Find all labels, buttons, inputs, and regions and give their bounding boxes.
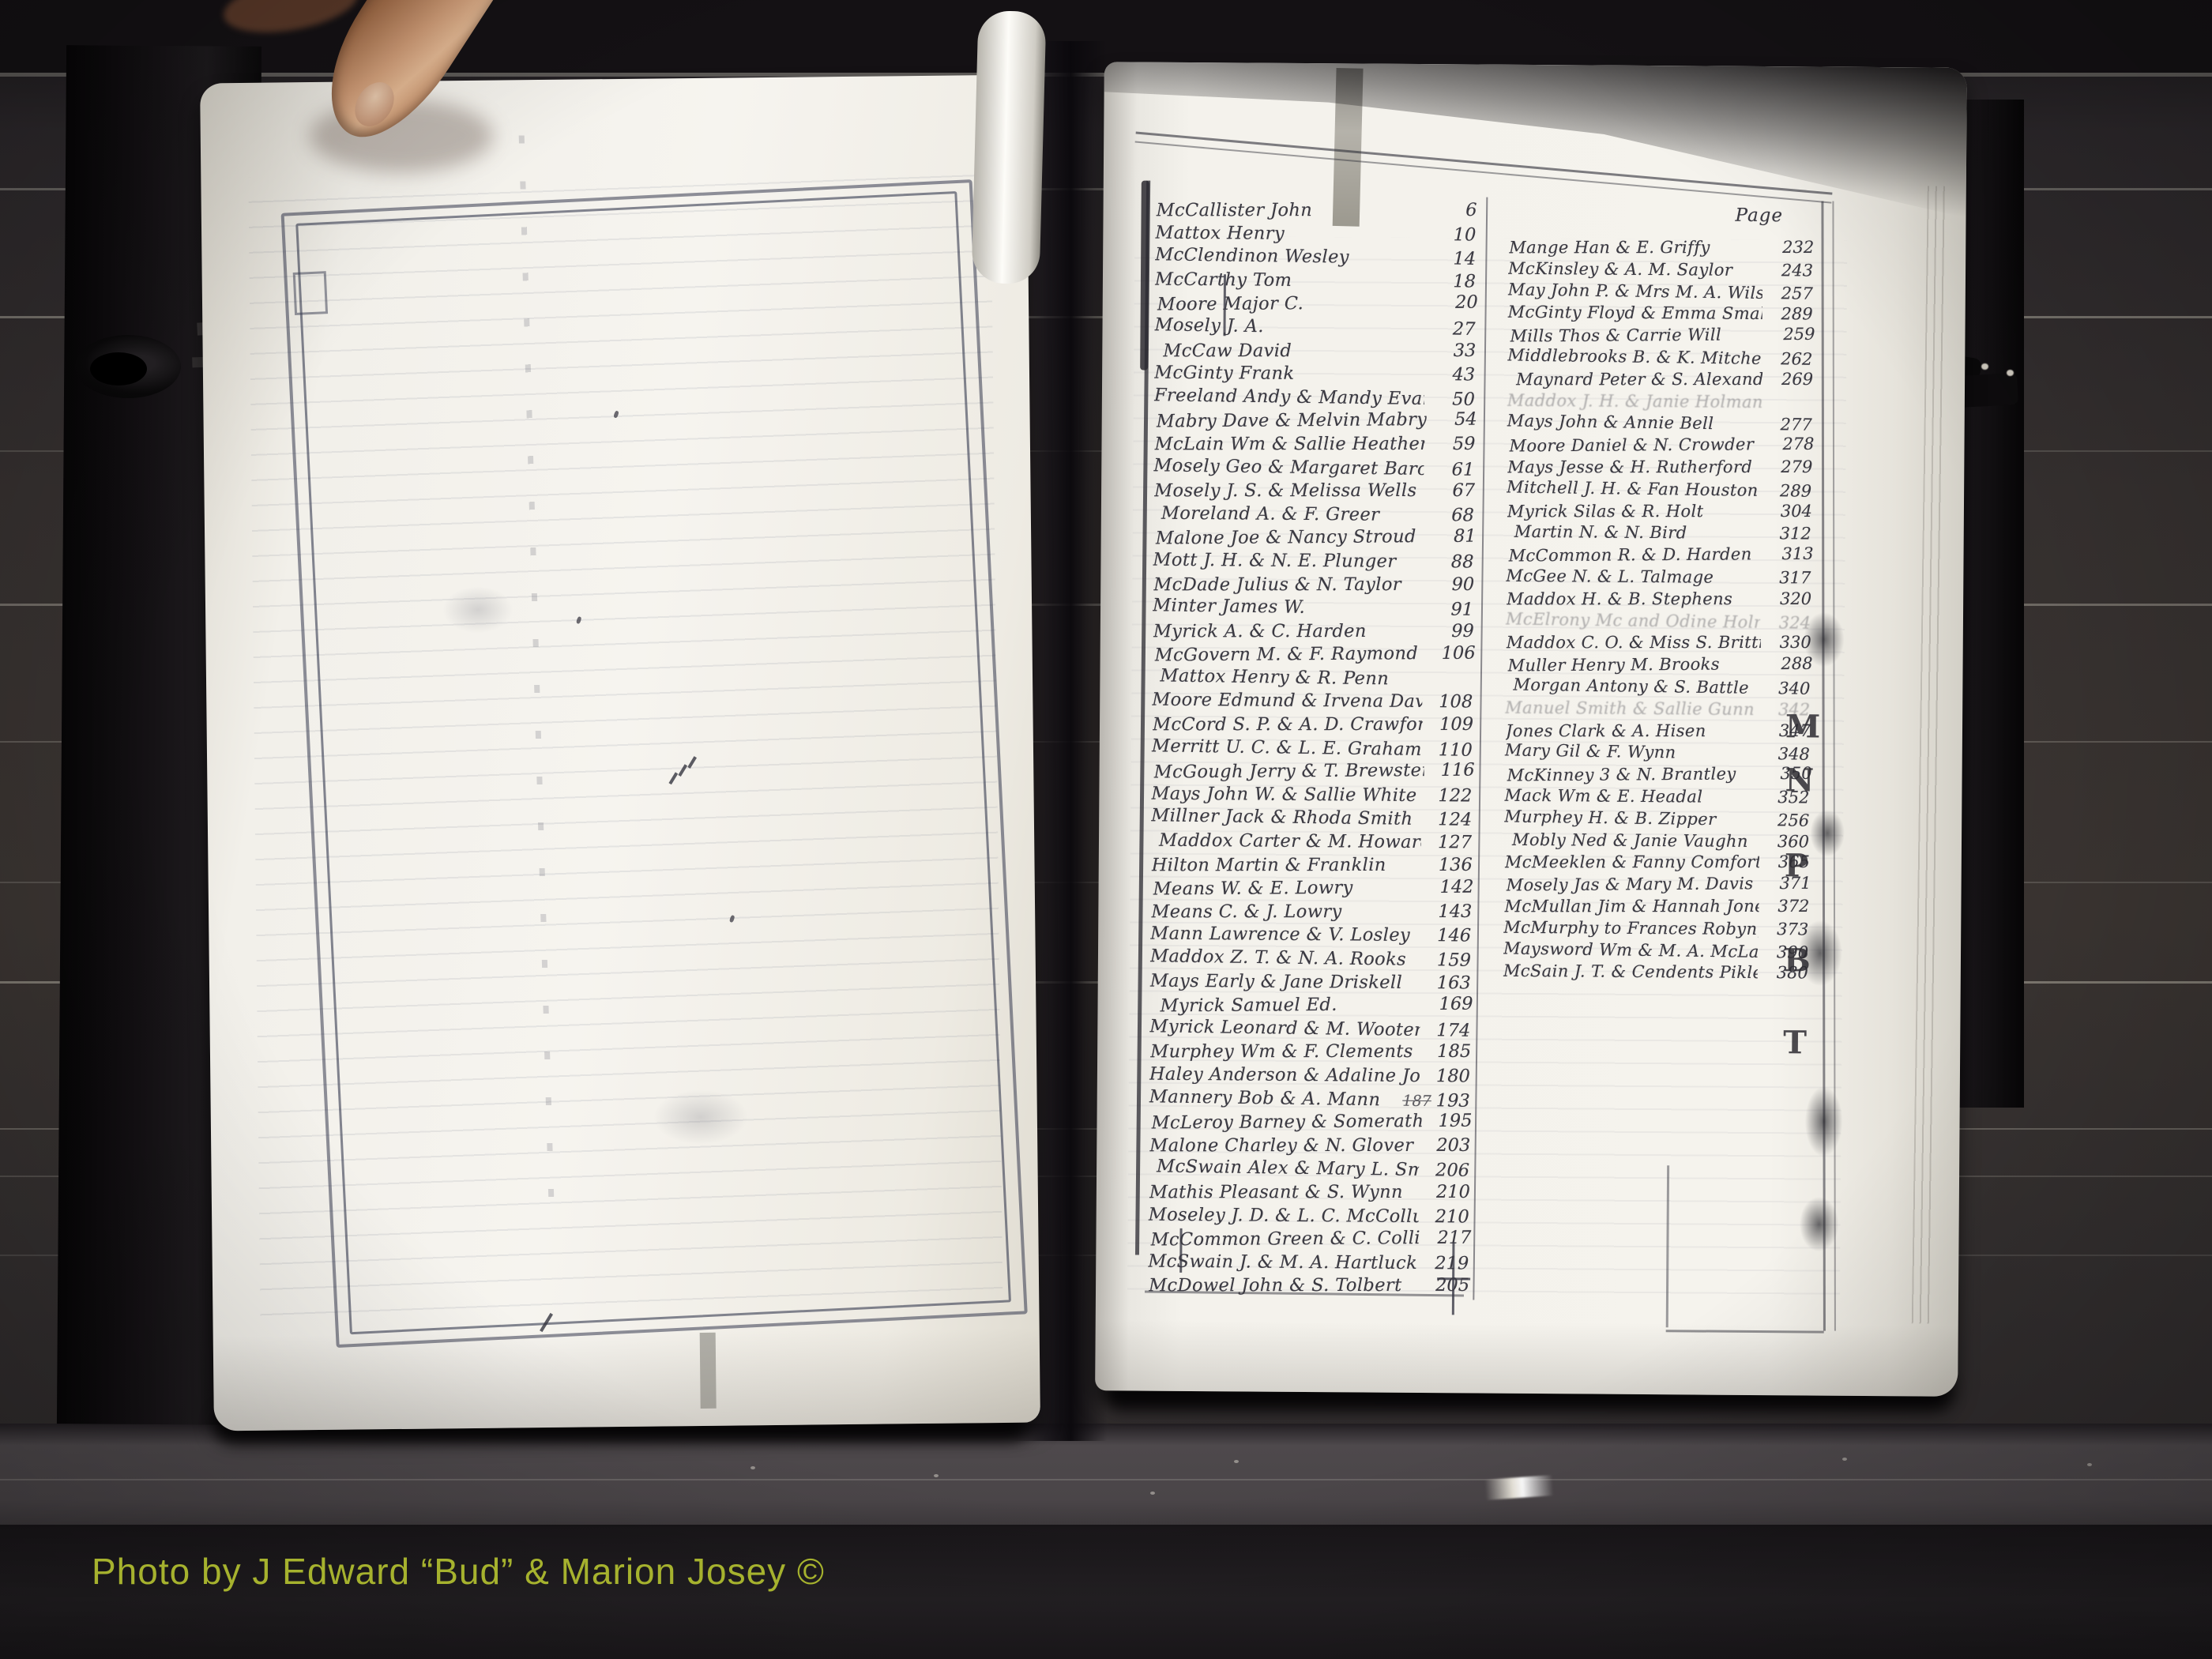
index-entry: Murphey H. & B. Zipper256 — [1504, 807, 1814, 833]
entry-name: Moore Major C. — [1157, 293, 1428, 315]
cradle-front — [0, 1527, 2212, 1659]
entry-page-number: 124 — [1421, 809, 1477, 830]
entry-name: McElrony Mc and Odine Holmes — [1506, 609, 1760, 631]
edge-tab-letter: P — [1785, 847, 1808, 884]
index-entry: McCommon Green & C. Collier217 — [1150, 1228, 1476, 1253]
entry-name: Mays John W. & Sallie White — [1151, 783, 1421, 805]
shelf-speck — [934, 1474, 939, 1477]
index-entry: Mobly Ned & Janie Vaughn360 — [1504, 829, 1814, 854]
entry-page-number: 210 — [1420, 1182, 1475, 1202]
index-entry: Maysword Wm & M. A. McLark390 — [1503, 939, 1813, 965]
index-entry: McGinty Floyd & Emma Small289 — [1508, 303, 1818, 327]
index-entry: Maddox Carter & M. Howard127 — [1151, 830, 1477, 856]
entry-page-number: 50 — [1424, 389, 1480, 410]
index-entry: McMeeklen & Fanny Comfort365 — [1505, 852, 1815, 875]
struck-page-number: 187 — [1402, 1091, 1431, 1110]
entry-name: Means W. & E. Lowry — [1153, 877, 1423, 899]
index-entry: Mott J. H. & N. E. Plunger88 — [1153, 550, 1478, 575]
index-entry: Mitchell J. H. & Fan Houston289 — [1507, 477, 1816, 503]
entry-name: McCord S. P. & A. D. Crawford — [1153, 714, 1423, 735]
watermark-text: Photo by J Edward “Bud” & Marion Josey © — [92, 1550, 825, 1593]
border-corner-box — [293, 271, 328, 315]
entry-name: Mabry Dave & Melvin Mabry — [1157, 409, 1427, 431]
clamp-knob-hole — [90, 352, 147, 386]
index-entry: McMurphy to Frances Robynglus373 — [1503, 917, 1813, 942]
index-entry: Mattox Henry & R. Penn — [1152, 665, 1477, 693]
index-entry: Maddox Z. T. & N. A. Rooks159 — [1150, 946, 1476, 973]
index-entry: Mays John & Annie Bell277 — [1507, 412, 1817, 438]
entry-page-number: 127 — [1421, 832, 1477, 852]
entry-name: McCommon Green & C. Collier — [1150, 1228, 1420, 1250]
page-column-header: Page — [1735, 205, 1783, 226]
entry-name: Mitchell J. H. & Fan Houston — [1507, 477, 1761, 499]
shelf-speck — [750, 1466, 755, 1469]
entry-name: Moreland A. & F. Greer — [1153, 502, 1424, 525]
entry-name: Myrick Samuel Ed. — [1152, 994, 1422, 1016]
entry-name: McLain Wm & Sallie Heathern — [1154, 434, 1424, 454]
index-entry: Murphey Wm & F. Clements185 — [1150, 1041, 1476, 1065]
index-entry: McCarthy Tom18 — [1155, 269, 1480, 294]
index-entry: Malone Joe & Nancy Stroud81 — [1156, 526, 1481, 551]
photostat-frame-corner — [1666, 1165, 1674, 1327]
entry-name: McGinty Frank — [1154, 363, 1424, 385]
entry-page-number: 116 — [1424, 760, 1480, 781]
entry-name: Myrick Leonard & M. Wooten — [1149, 1016, 1420, 1040]
index-entry: Mosely Geo & Margaret Barcelona61 — [1153, 455, 1479, 483]
entry-page-number: 185 — [1420, 1041, 1476, 1062]
entry-name: Maddox H. & B. Stephens — [1507, 589, 1761, 608]
entry-name: May John P. & Mrs M. A. Wilson — [1508, 280, 1762, 302]
tab-blotch — [1804, 611, 1845, 667]
index-entry: Maddox H. & B. Stephens320 — [1507, 589, 1816, 611]
entry-page-number: 187193 — [1402, 1089, 1475, 1111]
entry-page-number: 54 — [1427, 409, 1482, 430]
index-entry: McKinney 3 & N. Brantley350 — [1507, 764, 1816, 788]
index-entry: Mary Gil & F. Wynn348 — [1505, 741, 1815, 767]
entry-name: Murphey Wm & F. Clements — [1150, 1041, 1420, 1062]
entry-name: Jones Clark & A. Hisen — [1506, 721, 1760, 740]
right-page: Page McCallister John6Mattox Henry10McCl… — [1095, 62, 1967, 1397]
index-entry: Muller Henry M. Brooks288 — [1507, 654, 1817, 679]
entry-name: Myrick Silas & R. Holt — [1507, 502, 1762, 521]
entry-name: McMeeklen & Fanny Comfort — [1505, 852, 1759, 871]
entry-name: Moseley J. D. & L. C. McCollum — [1149, 1204, 1419, 1226]
entry-page-number: 27 — [1424, 318, 1480, 340]
entry-name: Myrick A. & C. Harden — [1153, 621, 1424, 641]
photo-scene: Page McCallister John6Mattox Henry10McCl… — [0, 0, 2212, 1659]
entry-name: McGovern M. & F. Raymond — [1155, 643, 1425, 665]
entry-page-number: 174 — [1420, 1020, 1475, 1041]
index-entry: McSain J. T. & Cendents Piklet380 — [1503, 961, 1813, 986]
entry-name: Hilton Martin & Franklin — [1152, 855, 1422, 875]
index-column-left: McCallister John6Mattox Henry10McClendin… — [1148, 199, 1481, 1300]
entry-name: Mathis Pleasant & S. Wynn — [1149, 1182, 1420, 1202]
entry-name: McCallister John — [1157, 200, 1427, 220]
entry-name: Mobly Ned & Janie Vaughn — [1504, 829, 1759, 850]
clamp-screw — [2007, 370, 2014, 376]
entry-page-number: 195 — [1421, 1111, 1477, 1131]
entry-name: Maddox C. O. & Miss S. Brittingham — [1507, 633, 1761, 652]
index-entry: Moseley J. D. & L. C. McCollum210 — [1149, 1204, 1474, 1229]
entry-name: Maysword Wm & M. A. McLark — [1503, 939, 1758, 961]
index-entry: Mosely Jas & Mary M. Davis371 — [1507, 874, 1816, 898]
entry-page-number: 136 — [1422, 855, 1477, 875]
entry-page-number: 203 — [1420, 1135, 1475, 1156]
entry-page-number: 59 — [1424, 434, 1480, 454]
entry-page-number: 67 — [1424, 480, 1480, 501]
entry-name: McGough Jerry & T. Brewster — [1154, 760, 1424, 782]
tab-blotch — [1810, 809, 1845, 856]
entry-name: McClendinon Wesley — [1155, 244, 1425, 269]
entry-name: Mills Thos & Carrie Will — [1510, 325, 1764, 345]
index-entry: Myrick Leonard & M. Wooten174 — [1149, 1016, 1475, 1044]
entry-name: Millner Jack & Rhoda Smith — [1151, 806, 1421, 830]
entry-name: McDowel John & S. Tolbert — [1149, 1275, 1419, 1296]
entry-page-number: 210 — [1419, 1206, 1474, 1227]
entry-name: Mays Jesse & H. Rutherford — [1507, 457, 1762, 476]
index-entry: McMullan Jim & Hannah Jone372 — [1504, 897, 1814, 919]
index-entry: Means W. & E. Lowry142 — [1153, 877, 1478, 902]
edge-tab-letter: M — [1785, 708, 1821, 745]
entry-name: Martin N. & N. Bird — [1507, 522, 1761, 543]
index-entry: McLain Wm & Sallie Heathern59 — [1154, 434, 1480, 457]
index-entry: Malone Charley & N. Glover203 — [1149, 1135, 1475, 1159]
entry-page-number: 110 — [1422, 739, 1477, 761]
entry-page-number: 206 — [1419, 1160, 1474, 1181]
index-entry: McLeroy Barney & Somerath Mars195 — [1151, 1111, 1477, 1136]
index-entry: May John P. & Mrs M. A. Wilson257 — [1508, 280, 1818, 306]
shelf-speck — [1234, 1460, 1239, 1463]
index-entry: Freeland Andy & Mandy Evans50 — [1154, 385, 1480, 412]
index-entry: Maynard Peter & S. Alexander269 — [1508, 370, 1818, 392]
shelf-speck — [2087, 1463, 2092, 1466]
entry-page-number: 159 — [1420, 950, 1476, 971]
entry-name: Mosely Geo & Margaret Barcelona — [1153, 455, 1424, 480]
entry-page-number: 205 — [1419, 1275, 1474, 1296]
index-entry: Myrick Silas & R. Holt304 — [1507, 502, 1817, 524]
entry-name: Maddox Carter & M. Howard — [1151, 830, 1421, 852]
entry-name: Muller Henry M. Brooks — [1507, 654, 1762, 675]
entry-page-number: 180 — [1420, 1066, 1475, 1086]
index-entry: Morgan Antony & S. Battle340 — [1505, 675, 1815, 701]
index-entry: Maddox C. O. & Miss S. Brittingham330 — [1507, 633, 1816, 655]
index-entry: Mabry Dave & Melvin Mabry54 — [1157, 409, 1482, 434]
entry-page-number: 33 — [1425, 340, 1480, 360]
entry-name: Moore Daniel & N. Crowder — [1509, 434, 1763, 455]
left-page — [200, 75, 1040, 1431]
index-entry: Hilton Martin & Franklin136 — [1152, 855, 1477, 878]
entry-name: Middlebrooks B. & K. Mitchel — [1507, 345, 1762, 367]
entry-page-number: 108 — [1422, 692, 1477, 713]
index-entry: McGovern M. & F. Raymond106 — [1155, 643, 1480, 668]
index-column-right: Mange Han & E. Griffy232McKinsley & A. M… — [1503, 237, 1819, 986]
entry-name: McSwain Alex & Mary L. Smith — [1149, 1157, 1419, 1181]
index-entry: Myrick A. & C. Harden99 — [1153, 621, 1479, 645]
index-entry: Moreland A. & F. Greer68 — [1153, 502, 1479, 528]
page-curl — [971, 10, 1046, 284]
entry-page-number: 61 — [1424, 459, 1479, 480]
index-entry: McGee N. & L. Talmage317 — [1506, 566, 1815, 591]
entry-name: Mosely Jas & Mary M. Davis — [1507, 874, 1761, 894]
index-entry: Haley Anderson & Adaline John180 — [1149, 1064, 1475, 1089]
entry-page-number: 43 — [1424, 364, 1480, 385]
index-entry: Means C. & J. Lowry143 — [1151, 901, 1477, 925]
page-shading — [1095, 1319, 1958, 1397]
index-entry: McGough Jerry & T. Brewster116 — [1154, 760, 1480, 785]
index-entry: Mann Lawrence & V. Losley146 — [1150, 924, 1476, 949]
entry-page-number: 18 — [1425, 271, 1480, 292]
entry-page-number — [1422, 685, 1477, 686]
entry-page-number: 10 — [1425, 224, 1480, 245]
entry-page-number: 81 — [1426, 526, 1481, 547]
entry-page-number: 68 — [1424, 505, 1479, 525]
index-entry: McCord S. P. & A. D. Crawford109 — [1153, 714, 1478, 738]
entry-name: McMurphy to Frances Robynglus — [1503, 917, 1758, 938]
index-entry: McGinty Frank43 — [1154, 363, 1480, 388]
entry-name: Mange Han & E. Griffy — [1509, 238, 1763, 257]
entry-name: Mosely J. S. & Melissa Wells — [1154, 480, 1424, 501]
entry-name: Maddox Z. T. & N. A. Rooks — [1150, 946, 1420, 970]
entry-name: McCarthy Tom — [1155, 269, 1425, 291]
entry-name: McSwain J. & M. A. Hartluck — [1148, 1251, 1418, 1273]
index-entry: Jones Clark & A. Hisen347 — [1506, 720, 1815, 743]
entry-name: McMullan Jim & Hannah Jone — [1504, 897, 1759, 916]
index-entry: McElrony Mc and Odine Holmes324 — [1506, 609, 1815, 635]
entry-page-number: 109 — [1423, 714, 1478, 735]
tab-blotch — [1799, 1196, 1838, 1251]
index-entry: Minter James W.91 — [1153, 595, 1478, 623]
entry-name: Maynard Peter & S. Alexander — [1508, 370, 1762, 389]
entry-name: Freeland Andy & Mandy Evans — [1154, 385, 1424, 409]
entry-name: Moore Edmund & Irvena Davis — [1152, 690, 1422, 712]
entry-name: Means C. & J. Lowry — [1151, 901, 1421, 922]
entry-page-number: 6 — [1427, 200, 1482, 220]
index-entry: McSwain J. & M. A. Hartluck219 — [1148, 1251, 1473, 1276]
entry-page-number: 91 — [1423, 599, 1478, 620]
entry-page-number: 163 — [1420, 972, 1476, 993]
entry-name: Minter James W. — [1153, 595, 1423, 619]
entry-name: McKinney 3 & N. Brantley — [1507, 764, 1761, 784]
index-entry: McDowel John & S. Tolbert205 — [1149, 1275, 1474, 1299]
index-entry: Moore Daniel & N. Crowder278 — [1509, 434, 1819, 459]
entry-page-number: 219 — [1418, 1253, 1473, 1273]
entry-name: Mary Gil & F. Wynn — [1505, 741, 1759, 763]
index-entry: Mills Thos & Carrie Will259 — [1510, 325, 1819, 349]
entry-name: Morgan Antony & S. Battle — [1505, 675, 1759, 697]
entry-name: Manuel Smith & Sallie Gunn — [1505, 698, 1759, 719]
shelf-groove — [0, 1479, 2212, 1480]
index-entry: Mack Wm & E. Headal352 — [1504, 786, 1814, 811]
entry-name: Mays John & Annie Bell — [1507, 412, 1762, 434]
entry-name: Mattox Henry — [1155, 222, 1425, 244]
entry-page-number: 88 — [1423, 551, 1478, 572]
entry-name: Mann Lawrence & V. Losley — [1150, 924, 1420, 946]
edge-tab-letter: T — [1783, 1024, 1807, 1061]
entry-name: Merritt U. C. & L. E. Graham — [1152, 735, 1422, 760]
entry-page-number: 169 — [1422, 994, 1477, 1014]
entry-name: McDade Julius & N. Taylor — [1153, 574, 1424, 594]
entry-page-number: 217 — [1420, 1228, 1476, 1248]
entry-name: Murphey H. & B. Zipper — [1504, 807, 1759, 829]
index-entry: Mosely J. A.27 — [1154, 314, 1480, 342]
index-entry: McDade Julius & N. Taylor90 — [1153, 574, 1479, 597]
entry-name: Malone Charley & N. Glover — [1149, 1135, 1420, 1156]
page-edge-stack-lines — [1912, 186, 1950, 1323]
index-entry: Millner Jack & Rhoda Smith124 — [1151, 806, 1477, 833]
index-entry: Mannery Bob & A. Mann187193 — [1149, 1086, 1475, 1114]
edge-tabs: MNPBT — [1781, 66, 1838, 1395]
entry-page-number: 90 — [1424, 574, 1479, 594]
index-entry: Merritt U. C. & L. E. Graham110 — [1152, 735, 1477, 763]
entry-page-number: 146 — [1420, 925, 1476, 946]
index-entry: Myrick Samuel Ed.169 — [1152, 994, 1477, 1019]
entry-name: Mannery Bob & A. Mann — [1149, 1086, 1403, 1110]
index-entry: Mange Han & E. Griffy232 — [1509, 238, 1819, 260]
index-entry: Mays Early & Jane Driskell163 — [1150, 970, 1476, 995]
index-entry: McSwain Alex & Mary L. Smith206 — [1149, 1157, 1474, 1184]
index-entry: Moore Major C.20 — [1157, 292, 1483, 318]
entry-page-number: 142 — [1423, 877, 1478, 897]
entry-page-number: 20 — [1428, 292, 1483, 313]
entry-name: Mack Wm & E. Headal — [1504, 786, 1759, 807]
entry-name: Mattox Henry & R. Penn — [1152, 665, 1422, 690]
page-shading — [213, 1327, 1040, 1431]
shelf-speck — [1842, 1458, 1847, 1461]
entry-page-number: 122 — [1421, 785, 1477, 806]
index-entry: Moore Edmund & Irvena Davis108 — [1152, 690, 1477, 715]
shelf-speck — [1150, 1492, 1155, 1495]
index-entry: Mosely J. S. & Melissa Wells67 — [1154, 480, 1480, 504]
index-entry: Martin N. & N. Bird312 — [1507, 522, 1816, 547]
entry-name: McGee N. & L. Talmage — [1506, 566, 1760, 587]
index-entry: Manuel Smith & Sallie Gunn342 — [1505, 698, 1815, 723]
entry-page-number: 106 — [1425, 643, 1480, 664]
entry-name: Malone Joe & Nancy Stroud — [1156, 526, 1426, 548]
index-entry: McKinsley & A. M. Saylor243 — [1508, 259, 1818, 284]
entry-name: McCommon R. & D. Harden — [1508, 544, 1762, 565]
index-entry: Mattox Henry10 — [1155, 222, 1480, 247]
entry-name: McSain J. T. & Cendents Piklet — [1503, 961, 1758, 982]
index-entry: McCallister John6 — [1157, 200, 1482, 224]
tab-blotch — [1798, 920, 1843, 986]
entry-name: McLeroy Barney & Somerath Mars — [1151, 1111, 1421, 1133]
entry-page-number: 14 — [1425, 248, 1480, 269]
hand-drawn-border — [281, 179, 1028, 1348]
index-entry: Mays Jesse & H. Rutherford279 — [1507, 457, 1817, 480]
entry-page-number: 143 — [1421, 901, 1477, 922]
entry-name: McCaw David — [1155, 340, 1425, 361]
entry-page-number: 99 — [1424, 621, 1479, 641]
index-entry: McClendinon Wesley14 — [1155, 244, 1480, 272]
entry-name: McGinty Floyd & Emma Small — [1508, 303, 1762, 323]
index-entry: Mathis Pleasant & S. Wynn210 — [1149, 1182, 1475, 1206]
entry-name: Haley Anderson & Adaline John — [1149, 1064, 1420, 1086]
clamp-screw — [1981, 363, 1988, 370]
entry-name: Maddox J. H. & Janie Holman — [1507, 390, 1762, 411]
index-entry: McCaw David33 — [1155, 340, 1480, 363]
entry-name: McKinsley & A. M. Saylor — [1508, 259, 1762, 280]
entry-name: Mott J. H. & N. E. Plunger — [1153, 550, 1423, 572]
index-entry: McCommon R. & D. Harden313 — [1508, 544, 1818, 569]
entry-name: Mays Early & Jane Driskell — [1150, 970, 1420, 992]
edge-tab-letter: N — [1785, 762, 1814, 799]
entry-name: Mosely J. A. — [1154, 314, 1424, 339]
index-entry: Middlebrooks B. & K. Mitchel262 — [1507, 345, 1817, 371]
